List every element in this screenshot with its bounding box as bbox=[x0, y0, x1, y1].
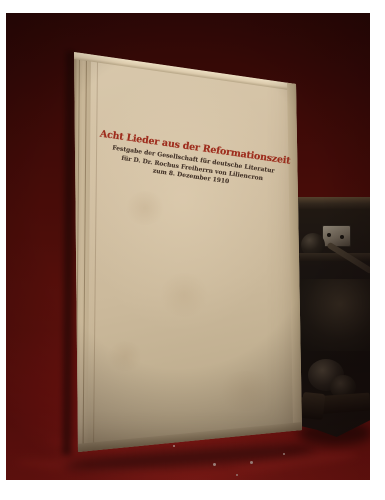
dust-speck bbox=[250, 461, 253, 464]
dust-speck bbox=[236, 474, 238, 476]
dust-speck bbox=[213, 463, 216, 466]
photograph: Acht Lieder aus der Reformationszeit Fes… bbox=[6, 13, 370, 480]
machine-screw bbox=[340, 235, 344, 239]
machine-body bbox=[296, 279, 370, 351]
machine-top-rail bbox=[296, 197, 370, 209]
book-side-shadow bbox=[62, 51, 75, 455]
machine-screw bbox=[327, 233, 331, 237]
photo-frame: Acht Lieder aus der Reformationszeit Fes… bbox=[0, 0, 385, 500]
machine-foot bbox=[301, 392, 326, 420]
machine-bracket bbox=[322, 225, 351, 247]
book-cover: Acht Lieder aus der Reformationszeit Fes… bbox=[66, 41, 310, 459]
dust-speck bbox=[283, 453, 285, 455]
dust-speck bbox=[173, 445, 175, 447]
cover-inner-shadow bbox=[66, 41, 310, 459]
dark-machine bbox=[296, 197, 370, 437]
